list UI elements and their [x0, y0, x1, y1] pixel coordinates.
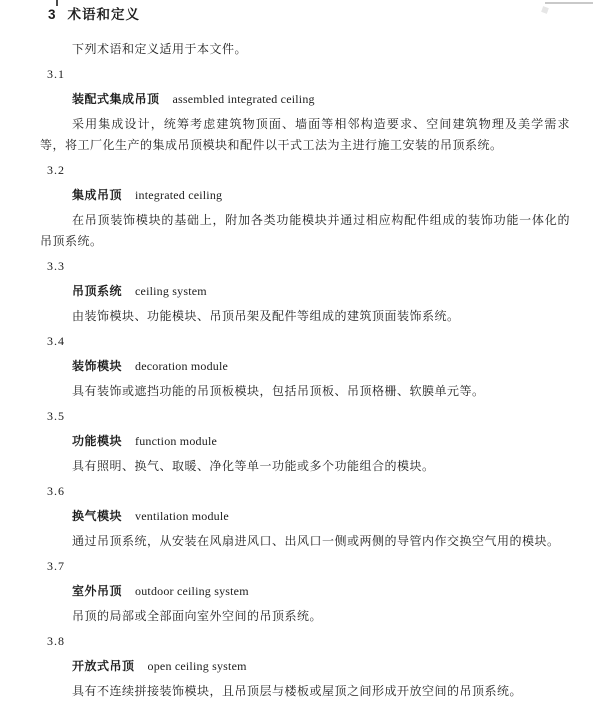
term-line: 换气模块ventilation module [72, 506, 570, 527]
term-definition: 通过吊顶系统，从安装在风扇进风口、出风口一侧或两侧的导管内作交换空气用的模块。 [40, 531, 570, 552]
term-line: 装饰模块decoration module [72, 356, 570, 377]
term-section-3-2: 3.2 集成吊顶integrated ceiling 在吊顶装饰模块的基础上，附… [40, 160, 570, 252]
section-number: 3.4 [47, 331, 570, 352]
section-number: 3.1 [47, 64, 570, 85]
intro-paragraph: 下列术语和定义适用于本文件。 [40, 39, 570, 60]
term-chinese: 换气模块 [72, 509, 122, 523]
term-section-3-8: 3.8 开放式吊顶open ceiling system 具有不连续拼接装饰模块… [40, 631, 570, 702]
chapter-heading: 3术语和定义 [48, 6, 570, 24]
term-line: 吊顶系统ceiling system [72, 281, 570, 302]
chapter-title: 术语和定义 [68, 7, 141, 22]
term-section-3-1: 3.1 装配式集成吊顶assembled integrated ceiling … [40, 64, 570, 156]
term-chinese: 装饰模块 [72, 359, 122, 373]
document-page: 3术语和定义 下列术语和定义适用于本文件。 3.1 装配式集成吊顶assembl… [0, 0, 593, 704]
term-chinese: 集成吊顶 [72, 188, 122, 202]
section-number: 3.2 [47, 160, 570, 181]
scan-artifact-top-left [56, 0, 58, 6]
term-english: open ceiling system [148, 659, 247, 673]
section-number: 3.3 [47, 256, 570, 277]
term-section-3-3: 3.3 吊顶系统ceiling system 由装饰模块、功能模块、吊顶吊架及配… [40, 256, 570, 327]
term-line: 室外吊顶outdoor ceiling system [72, 581, 570, 602]
term-definition: 具有装饰或遮挡功能的吊顶板模块，包括吊顶板、吊顶格栅、软膜单元等。 [40, 381, 570, 402]
term-english: integrated ceiling [135, 188, 222, 202]
chapter-number: 3 [48, 7, 56, 22]
term-definition: 具有照明、换气、取暖、净化等单一功能或多个功能组合的模块。 [40, 456, 570, 477]
term-line: 开放式吊顶open ceiling system [72, 656, 570, 677]
term-line: 集成吊顶integrated ceiling [72, 185, 570, 206]
term-definition: 由装饰模块、功能模块、吊顶吊架及配件等组成的建筑顶面装饰系统。 [40, 306, 570, 327]
section-number: 3.7 [47, 556, 570, 577]
term-chinese: 功能模块 [72, 434, 122, 448]
scan-artifact-top-right-line [545, 2, 593, 4]
term-chinese: 开放式吊顶 [72, 659, 135, 673]
term-section-3-6: 3.6 换气模块ventilation module 通过吊顶系统，从安装在风扇… [40, 481, 570, 552]
term-chinese: 吊顶系统 [72, 284, 122, 298]
term-line: 功能模块function module [72, 431, 570, 452]
term-chinese: 室外吊顶 [72, 584, 122, 598]
term-section-3-7: 3.7 室外吊顶outdoor ceiling system 吊顶的局部或全部面… [40, 556, 570, 627]
section-number: 3.8 [47, 631, 570, 652]
term-definition: 吊顶的局部或全部面向室外空间的吊顶系统。 [40, 606, 570, 627]
term-section-3-4: 3.4 装饰模块decoration module 具有装饰或遮挡功能的吊顶板模… [40, 331, 570, 402]
term-definition: 在吊顶装饰模块的基础上，附加各类功能模块并通过相应构配件组成的装饰功能一体化的吊… [40, 210, 570, 252]
term-english: assembled integrated ceiling [173, 92, 315, 106]
term-english: decoration module [135, 359, 228, 373]
term-definition: 采用集成设计，统筹考虑建筑物顶面、墙面等相邻构造要求、空间建筑物理及美学需求等，… [40, 114, 570, 156]
term-section-3-5: 3.5 功能模块function module 具有照明、换气、取暖、净化等单一… [40, 406, 570, 477]
section-number: 3.5 [47, 406, 570, 427]
term-definition: 具有不连续拼接装饰模块，且吊顶层与楼板或屋顶之间形成开放空间的吊顶系统。 [40, 681, 570, 702]
term-line: 装配式集成吊顶assembled integrated ceiling [72, 89, 570, 110]
term-chinese: 装配式集成吊顶 [72, 92, 160, 106]
term-english: ventilation module [135, 509, 229, 523]
term-english: function module [135, 434, 217, 448]
term-english: outdoor ceiling system [135, 584, 249, 598]
term-english: ceiling system [135, 284, 207, 298]
section-number: 3.6 [47, 481, 570, 502]
